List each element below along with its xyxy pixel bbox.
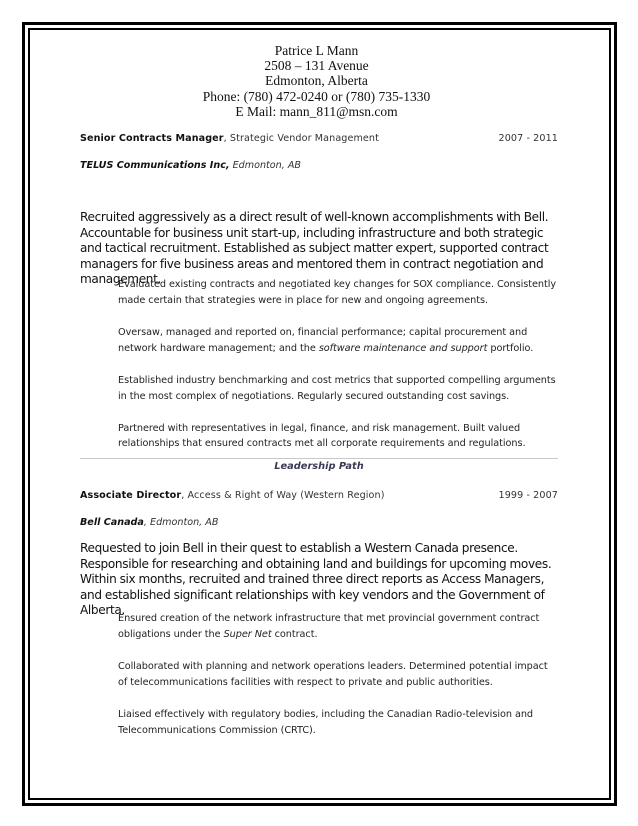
section-divider: [80, 458, 558, 459]
achievement-text: Partnered with representatives in legal,…: [118, 423, 526, 450]
company-name: TELUS Communications Inc,: [80, 160, 230, 171]
company-line: TELUS Communications Inc, Edmonton, AB: [80, 160, 558, 171]
job-department: , Access & Right of Way (Western Region): [181, 490, 384, 501]
company-line: Bell Canada, Edmonton, AB: [80, 517, 558, 528]
achievement-emphasis: software maintenance and support: [319, 343, 488, 354]
job-department: , Strategic Vendor Management: [224, 133, 379, 144]
section-heading: Leadership Path: [80, 461, 558, 472]
job-achievements: Evaluated existing contracts and negotia…: [118, 277, 558, 469]
job-summary: Requested to join Bell in their quest to…: [80, 541, 558, 619]
achievement-text: Ensured creation of the network infrastr…: [118, 613, 539, 640]
job-title-line: Senior Contracts Manager, Strategic Vend…: [80, 133, 558, 144]
achievement-text: Evaluated existing contracts and negotia…: [118, 279, 556, 306]
achievement-text: Established industry benchmarking and co…: [118, 375, 556, 402]
contact-address-city: Edmonton, Alberta: [75, 73, 558, 88]
job-title: Senior Contracts Manager, Strategic Vend…: [80, 133, 379, 144]
achievement-text: Liaised effectively with regulatory bodi…: [118, 709, 533, 736]
company-location: , Edmonton, AB: [144, 517, 219, 528]
contact-email: E Mail: mann_811@msn.com: [75, 104, 558, 119]
job-dates: 1999 - 2007: [499, 490, 559, 501]
job-position: Associate Director: [80, 490, 181, 501]
job-title-line: Associate Director, Access & Right of Wa…: [80, 490, 558, 501]
contact-address-street: 2508 – 131 Avenue: [75, 58, 558, 73]
contact-header: Patrice L Mann 2508 – 131 Avenue Edmonto…: [75, 43, 558, 119]
achievement-emphasis: Super Net: [224, 629, 272, 640]
contact-name: Patrice L Mann: [75, 43, 558, 58]
job-position: Senior Contracts Manager: [80, 133, 224, 144]
achievement-text: Collaborated with planning and network o…: [118, 661, 548, 688]
company-name: Bell Canada: [80, 517, 144, 528]
achievement-text: contract.: [272, 629, 318, 640]
achievement-item: Partnered with representatives in legal,…: [118, 421, 558, 452]
achievement-item: Evaluated existing contracts and negotia…: [118, 277, 558, 308]
achievement-item: Collaborated with planning and network o…: [118, 659, 558, 690]
resume-page: Patrice L Mann 2508 – 131 Avenue Edmonto…: [80, 40, 558, 119]
contact-phone: Phone: (780) 472-0240 or (780) 735-1330: [75, 89, 558, 104]
achievement-item: Liaised effectively with regulatory bodi…: [118, 707, 558, 738]
job-dates: 2007 - 2011: [499, 133, 559, 144]
company-location: Edmonton, AB: [230, 160, 301, 171]
achievement-text: portfolio.: [487, 343, 533, 354]
job-summary: Recruited aggressively as a direct resul…: [80, 210, 558, 288]
job-title: Associate Director, Access & Right of Wa…: [80, 490, 385, 501]
achievement-item: Ensured creation of the network infrastr…: [118, 611, 558, 642]
job-achievements: Ensured creation of the network infrastr…: [118, 611, 558, 755]
achievement-item: Oversaw, managed and reported on, financ…: [118, 325, 558, 356]
achievement-item: Established industry benchmarking and co…: [118, 373, 558, 404]
